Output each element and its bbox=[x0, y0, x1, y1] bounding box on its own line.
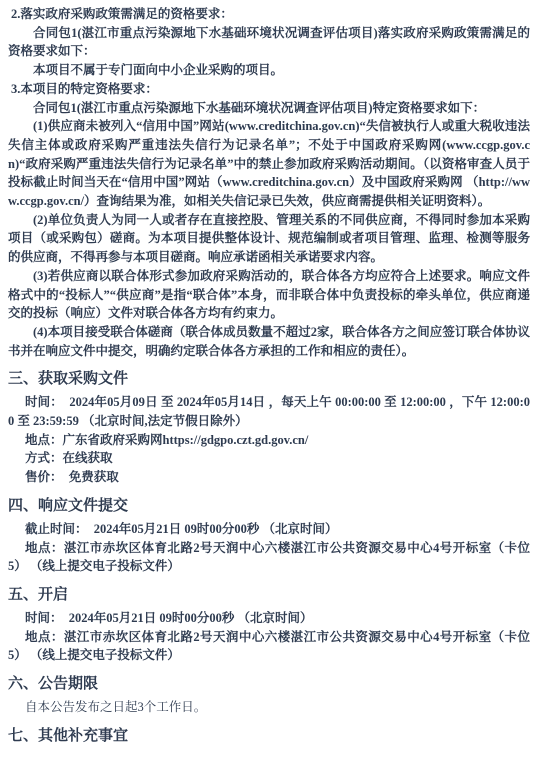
qualification-clause-2: (2)单位负责人为同一人或者存在直接控股、管理关系的不同供应商，不得同时参加本采… bbox=[8, 211, 530, 267]
policy-requirement-detail: 合同包1(湛江市重点污染源地下水基础环境状况调查评估项目)落实政府采购政策需满足… bbox=[8, 24, 530, 61]
obtain-location-line: 地点：广东省政府采购网https://gdgpo.czt.gd.gov.cn/ bbox=[8, 431, 530, 450]
qualification-clause-1: (1)供应商未被列入“信用中国”网站(www.creditchina.gov.c… bbox=[8, 117, 530, 211]
policy-requirement-item: 2.落实政府采购政策需满足的资格要求： bbox=[8, 5, 530, 24]
announcement-document: 2.落实政府采购政策需满足的资格要求： 合同包1(湛江市重点污染源地下水基础环境… bbox=[0, 0, 538, 759]
section-heading-obtain-documents: 三、获取采购文件 bbox=[8, 370, 530, 389]
section-heading-other-matters: 七、其他补充事宜 bbox=[8, 727, 530, 746]
specific-requirement-item: 3.本项目的特定资格要求： bbox=[8, 80, 530, 99]
section-heading-opening: 五、开启 bbox=[8, 586, 530, 605]
submission-location-line: 地点：湛江市赤坎区体育北路2号天润中心六楼湛江市公共资源交易中心4号开标室（卡位… bbox=[8, 539, 530, 576]
obtain-price-line: 售价： 免费获取 bbox=[8, 468, 530, 487]
section-heading-response-submission: 四、响应文件提交 bbox=[8, 497, 530, 516]
obtain-method-line: 方式：在线获取 bbox=[8, 449, 530, 468]
specific-requirement-detail: 合同包1(湛江市重点污染源地下水基础环境状况调查评估项目)特定资格要求如下： bbox=[8, 99, 530, 118]
qualification-clause-4: (4)本项目接受联合体磋商（联合体成员数量不超过2家，联合体各方之间应签订联合体… bbox=[8, 323, 530, 360]
submission-deadline-line: 截止时间： 2024年05月21日 09时00分00秒 （北京时间） bbox=[8, 520, 530, 539]
section-heading-announcement-period: 六、公告期限 bbox=[8, 675, 530, 694]
opening-location-line: 地点：湛江市赤坎区体育北路2号天润中心六楼湛江市公共资源交易中心4号开标室（卡位… bbox=[8, 628, 530, 665]
policy-requirement-note: 本项目不属于专门面向中小企业采购的项目。 bbox=[8, 61, 530, 80]
opening-time-line: 时间： 2024年05月21日 09时00分00秒 （北京时间） bbox=[8, 609, 530, 628]
obtain-time-line: 时间： 2024年05月09日 至 2024年05月14日 ，每天上午 00:0… bbox=[8, 393, 530, 430]
announcement-period-body: 自本公告发布之日起3个工作日。 bbox=[8, 698, 530, 717]
qualification-clause-3: (3)若供应商以联合体形式参加政府采购活动的，联合体各方均应符合上述要求。响应文… bbox=[8, 267, 530, 323]
